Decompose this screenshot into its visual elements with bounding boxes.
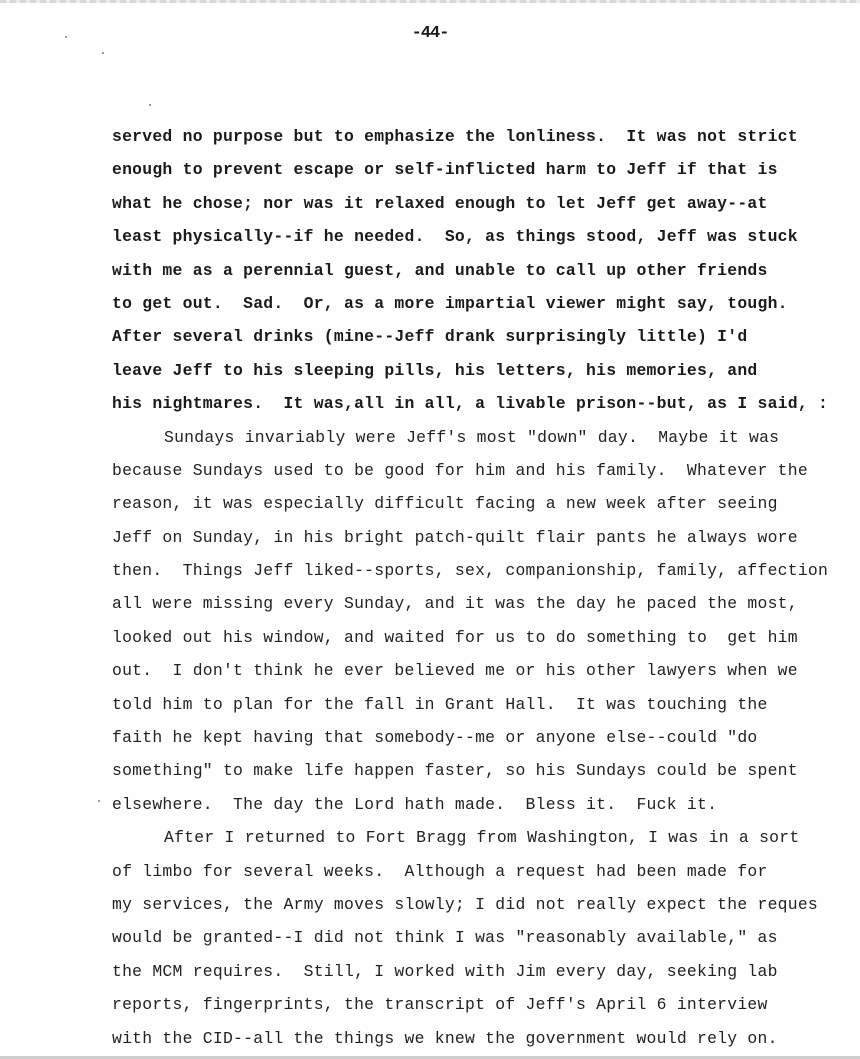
text-line: After several drinks (mine--Jeff drank s… (112, 324, 860, 357)
text-line: served no purpose but to emphasize the l… (112, 124, 860, 157)
text-line: elsewhere. The day the Lord hath made. B… (112, 792, 860, 825)
text-line: what he chose; nor was it relaxed enough… (112, 191, 860, 224)
text-line: something" to make life happen faster, s… (112, 758, 860, 791)
page-number: -44- (0, 24, 860, 43)
text-line: with me as a perennial guest, and unable… (112, 258, 860, 291)
text-line: enough to prevent escape or self-inflict… (112, 157, 860, 190)
text-line: all were missing every Sunday, and it wa… (112, 591, 860, 624)
text-line: the MCM requires. Still, I worked with J… (112, 959, 860, 992)
text-line: looked out his window, and waited for us… (112, 625, 860, 658)
scan-speck (102, 52, 104, 54)
text-line: of limbo for several weeks. Although a r… (112, 859, 860, 892)
text-line: least physically--if he needed. So, as t… (112, 224, 860, 257)
text-line: told him to plan for the fall in Grant H… (112, 692, 860, 725)
text-line: because Sundays used to be good for him … (112, 458, 860, 491)
text-line: his nightmares. It was,all in all, a liv… (112, 391, 860, 424)
scan-speck (65, 36, 67, 38)
text-line: then. Things Jeff liked--sports, sex, co… (112, 558, 860, 591)
scan-speck (149, 104, 151, 106)
text-line: Jeff on Sunday, in his bright patch-quil… (112, 525, 860, 558)
text-line: would be granted--I did not think I was … (112, 925, 860, 958)
scan-top-edge (0, 0, 860, 3)
text-line: reports, fingerprints, the transcript of… (112, 992, 860, 1025)
document-body: served no purpose but to emphasize the l… (112, 124, 860, 1059)
text-line: to get out. Sad. Or, as a more impartial… (112, 291, 860, 324)
paragraph-start-line: After I returned to Fort Bragg from Wash… (112, 825, 860, 858)
scan-speck (98, 800, 100, 802)
text-line: reason, it was especially difficult faci… (112, 491, 860, 524)
paragraph-start-line: Sundays invariably were Jeff's most "dow… (112, 425, 860, 458)
text-line: my services, the Army moves slowly; I di… (112, 892, 860, 925)
text-line: with the CID--all the things we knew the… (112, 1026, 860, 1059)
text-line: faith he kept having that somebody--me o… (112, 725, 860, 758)
text-line: out. I don't think he ever believed me o… (112, 658, 860, 691)
text-line: leave Jeff to his sleeping pills, his le… (112, 358, 860, 391)
